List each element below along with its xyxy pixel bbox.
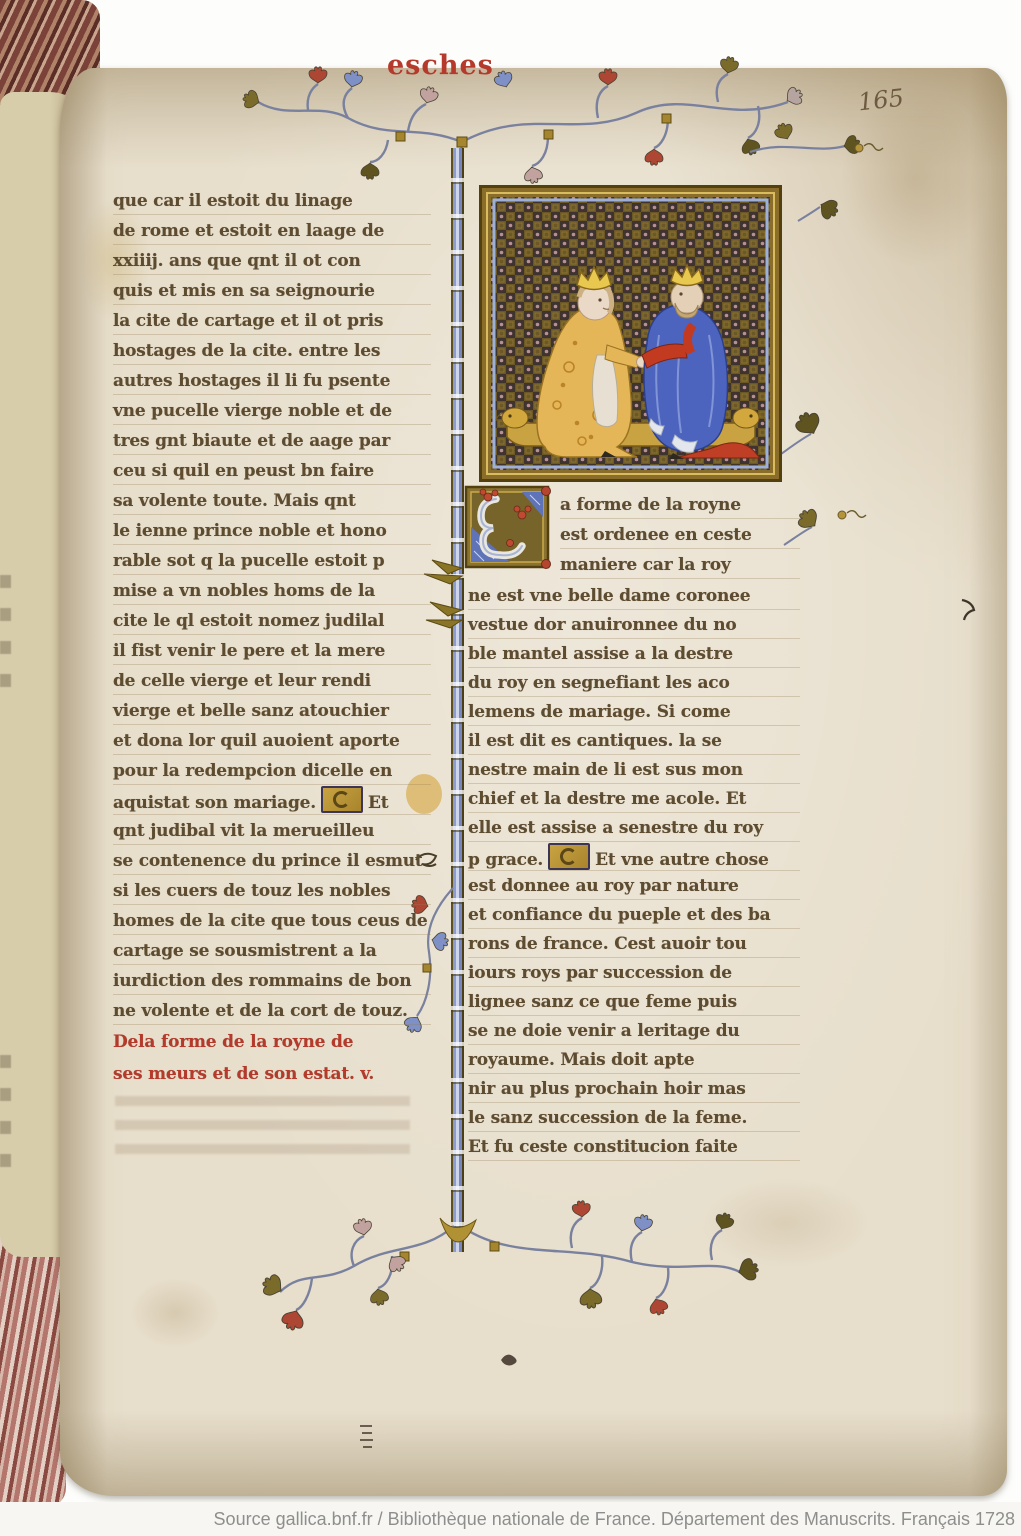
facing-page-showthrough bbox=[0, 575, 11, 705]
text-line: qnt judibal vit la merueilleu bbox=[113, 816, 431, 846]
pen-trial-marks bbox=[356, 1422, 378, 1452]
running-title: esches bbox=[387, 50, 494, 81]
text-line: vne pucelle vierge noble et de bbox=[113, 396, 431, 426]
showthrough-text bbox=[115, 1096, 410, 1168]
text-line: maniere car la roy bbox=[560, 550, 800, 580]
text-segment: p grace. bbox=[468, 850, 543, 870]
ivy-sprig bbox=[775, 408, 853, 460]
right-text-column-indented: a forme de la royne est ordenee en ceste… bbox=[560, 490, 800, 580]
ivy-border-top bbox=[248, 44, 800, 190]
text-line: tres gnt biaute et de aage par bbox=[113, 426, 431, 456]
text-line: rable sot q la pucelle estoit p bbox=[113, 546, 431, 576]
text-line: de celle vierge et leur rendi bbox=[113, 666, 431, 696]
margin-ink-mark bbox=[958, 596, 978, 622]
text-line: xxiiij. ans que qnt il ot con bbox=[113, 246, 431, 276]
text-line: cite le ql estoit nomez judilal bbox=[113, 606, 431, 636]
ivy-sprig bbox=[745, 118, 877, 180]
text-line: ne est vne belle dame coronee bbox=[468, 582, 800, 611]
folio-number: 165 bbox=[857, 84, 905, 117]
text-line: autres hostages il li fu psente bbox=[113, 366, 431, 396]
text-line: hostages de la cite. entre les bbox=[113, 336, 431, 366]
right-text-column: ne est vne belle dame coronee vestue dor… bbox=[468, 582, 800, 1162]
text-line: se contenence du prince il esmut bbox=[113, 846, 431, 876]
text-line: est donnee au roy par nature bbox=[468, 872, 800, 901]
text-line: de rome et estoit en laage de bbox=[113, 216, 431, 246]
illuminated-initial bbox=[464, 485, 550, 569]
text-line: sa volente toute. Mais qnt bbox=[113, 486, 431, 516]
text-line: lemens de mariage. Si come bbox=[468, 698, 800, 727]
source-attribution-bar: Source gallica.bnf.fr / Bibliothèque nat… bbox=[0, 1502, 1021, 1536]
text-line: la cite de cartage et il ot pris bbox=[113, 306, 431, 336]
parchment-stain bbox=[130, 1278, 220, 1348]
rubric-line: Dela forme de la royne de bbox=[113, 1026, 431, 1058]
text-segment: Et vne autre chose bbox=[595, 850, 768, 870]
manuscript-scan: esches 165 bbox=[0, 0, 1021, 1536]
text-line: Et fu ceste constitucion faite bbox=[468, 1133, 800, 1162]
text-line: et confiance du pueple et des ba bbox=[468, 901, 800, 930]
text-line: vestue dor anuironnee du no bbox=[468, 611, 800, 640]
text-line: chief et la destre me acole. Et bbox=[468, 785, 800, 814]
text-line: iours roys par succession de bbox=[468, 959, 800, 988]
text-segment: Et bbox=[368, 793, 388, 813]
text-line: il est dit es cantiques. la se bbox=[468, 727, 800, 756]
paraph-mark bbox=[548, 843, 590, 870]
text-line: a forme de la royne bbox=[560, 490, 800, 520]
text-line: p grace.Et vne autre chose bbox=[468, 843, 800, 872]
ivy-sprig bbox=[790, 185, 860, 227]
text-line: nestre main de li est sus mon bbox=[468, 756, 800, 785]
source-attribution-text: Source gallica.bnf.fr / Bibliothèque nat… bbox=[214, 1509, 1015, 1529]
text-line: ble mantel assise a la destre bbox=[468, 640, 800, 669]
bar-border bbox=[451, 148, 464, 1252]
text-line: que car il estoit du linage bbox=[113, 186, 431, 216]
text-line: ceu si quil en peust bn faire bbox=[113, 456, 431, 486]
text-line: il fist venir le pere et la mere bbox=[113, 636, 431, 666]
text-line: quis et mis en sa seignourie bbox=[113, 276, 431, 306]
text-line: royaume. Mais doit apte bbox=[468, 1046, 800, 1075]
text-line: est ordenee en ceste bbox=[560, 520, 800, 550]
text-line: vierge et belle sanz atouchier bbox=[113, 696, 431, 726]
text-line: se ne doie venir a leritage du bbox=[468, 1017, 800, 1046]
miniature-king-and-queen bbox=[479, 185, 782, 482]
rubric-line: ses meurs et de son estat. v. bbox=[113, 1058, 431, 1090]
text-line: mise a vn nobles homs de la bbox=[113, 576, 431, 606]
ivy-border-bottom bbox=[272, 1212, 752, 1338]
text-line: homes de la cite que tous ceus de bbox=[113, 906, 431, 936]
text-line: rons de france. Cest auoir tou bbox=[468, 930, 800, 959]
text-line: et dona lor quil auoient aporte bbox=[113, 726, 431, 756]
text-line: nir au plus prochain hoir mas bbox=[468, 1075, 800, 1104]
text-line: du roy en segnefiant les aco bbox=[468, 669, 800, 698]
text-line: elle est assise a senestre du roy bbox=[468, 814, 800, 843]
ink-speck bbox=[498, 1350, 522, 1368]
text-line: ne volente et de la cort de touz. bbox=[113, 996, 431, 1026]
text-line: le sanz succession de la feme. bbox=[468, 1104, 800, 1133]
text-line: iurdiction des rommains de bon bbox=[113, 966, 431, 996]
left-text-column: que car il estoit du linage de rome et e… bbox=[113, 186, 431, 1026]
text-line: le ienne prince noble et hono bbox=[113, 516, 431, 546]
text-line: lignee sanz ce que feme puis bbox=[468, 988, 800, 1017]
rubric: Dela forme de la royne de ses meurs et d… bbox=[113, 1026, 431, 1090]
facing-page-showthrough bbox=[0, 1055, 11, 1185]
text-segment: aquistat son mariage. bbox=[113, 793, 316, 813]
text-line: aquistat son mariage.Et bbox=[113, 786, 431, 816]
text-line: si les cuers de touz les nobles bbox=[113, 876, 431, 906]
text-line: pour la redempcion dicelle en bbox=[113, 756, 431, 786]
paraph-mark bbox=[321, 786, 363, 813]
text-line: cartage se sousmistrent a la bbox=[113, 936, 431, 966]
